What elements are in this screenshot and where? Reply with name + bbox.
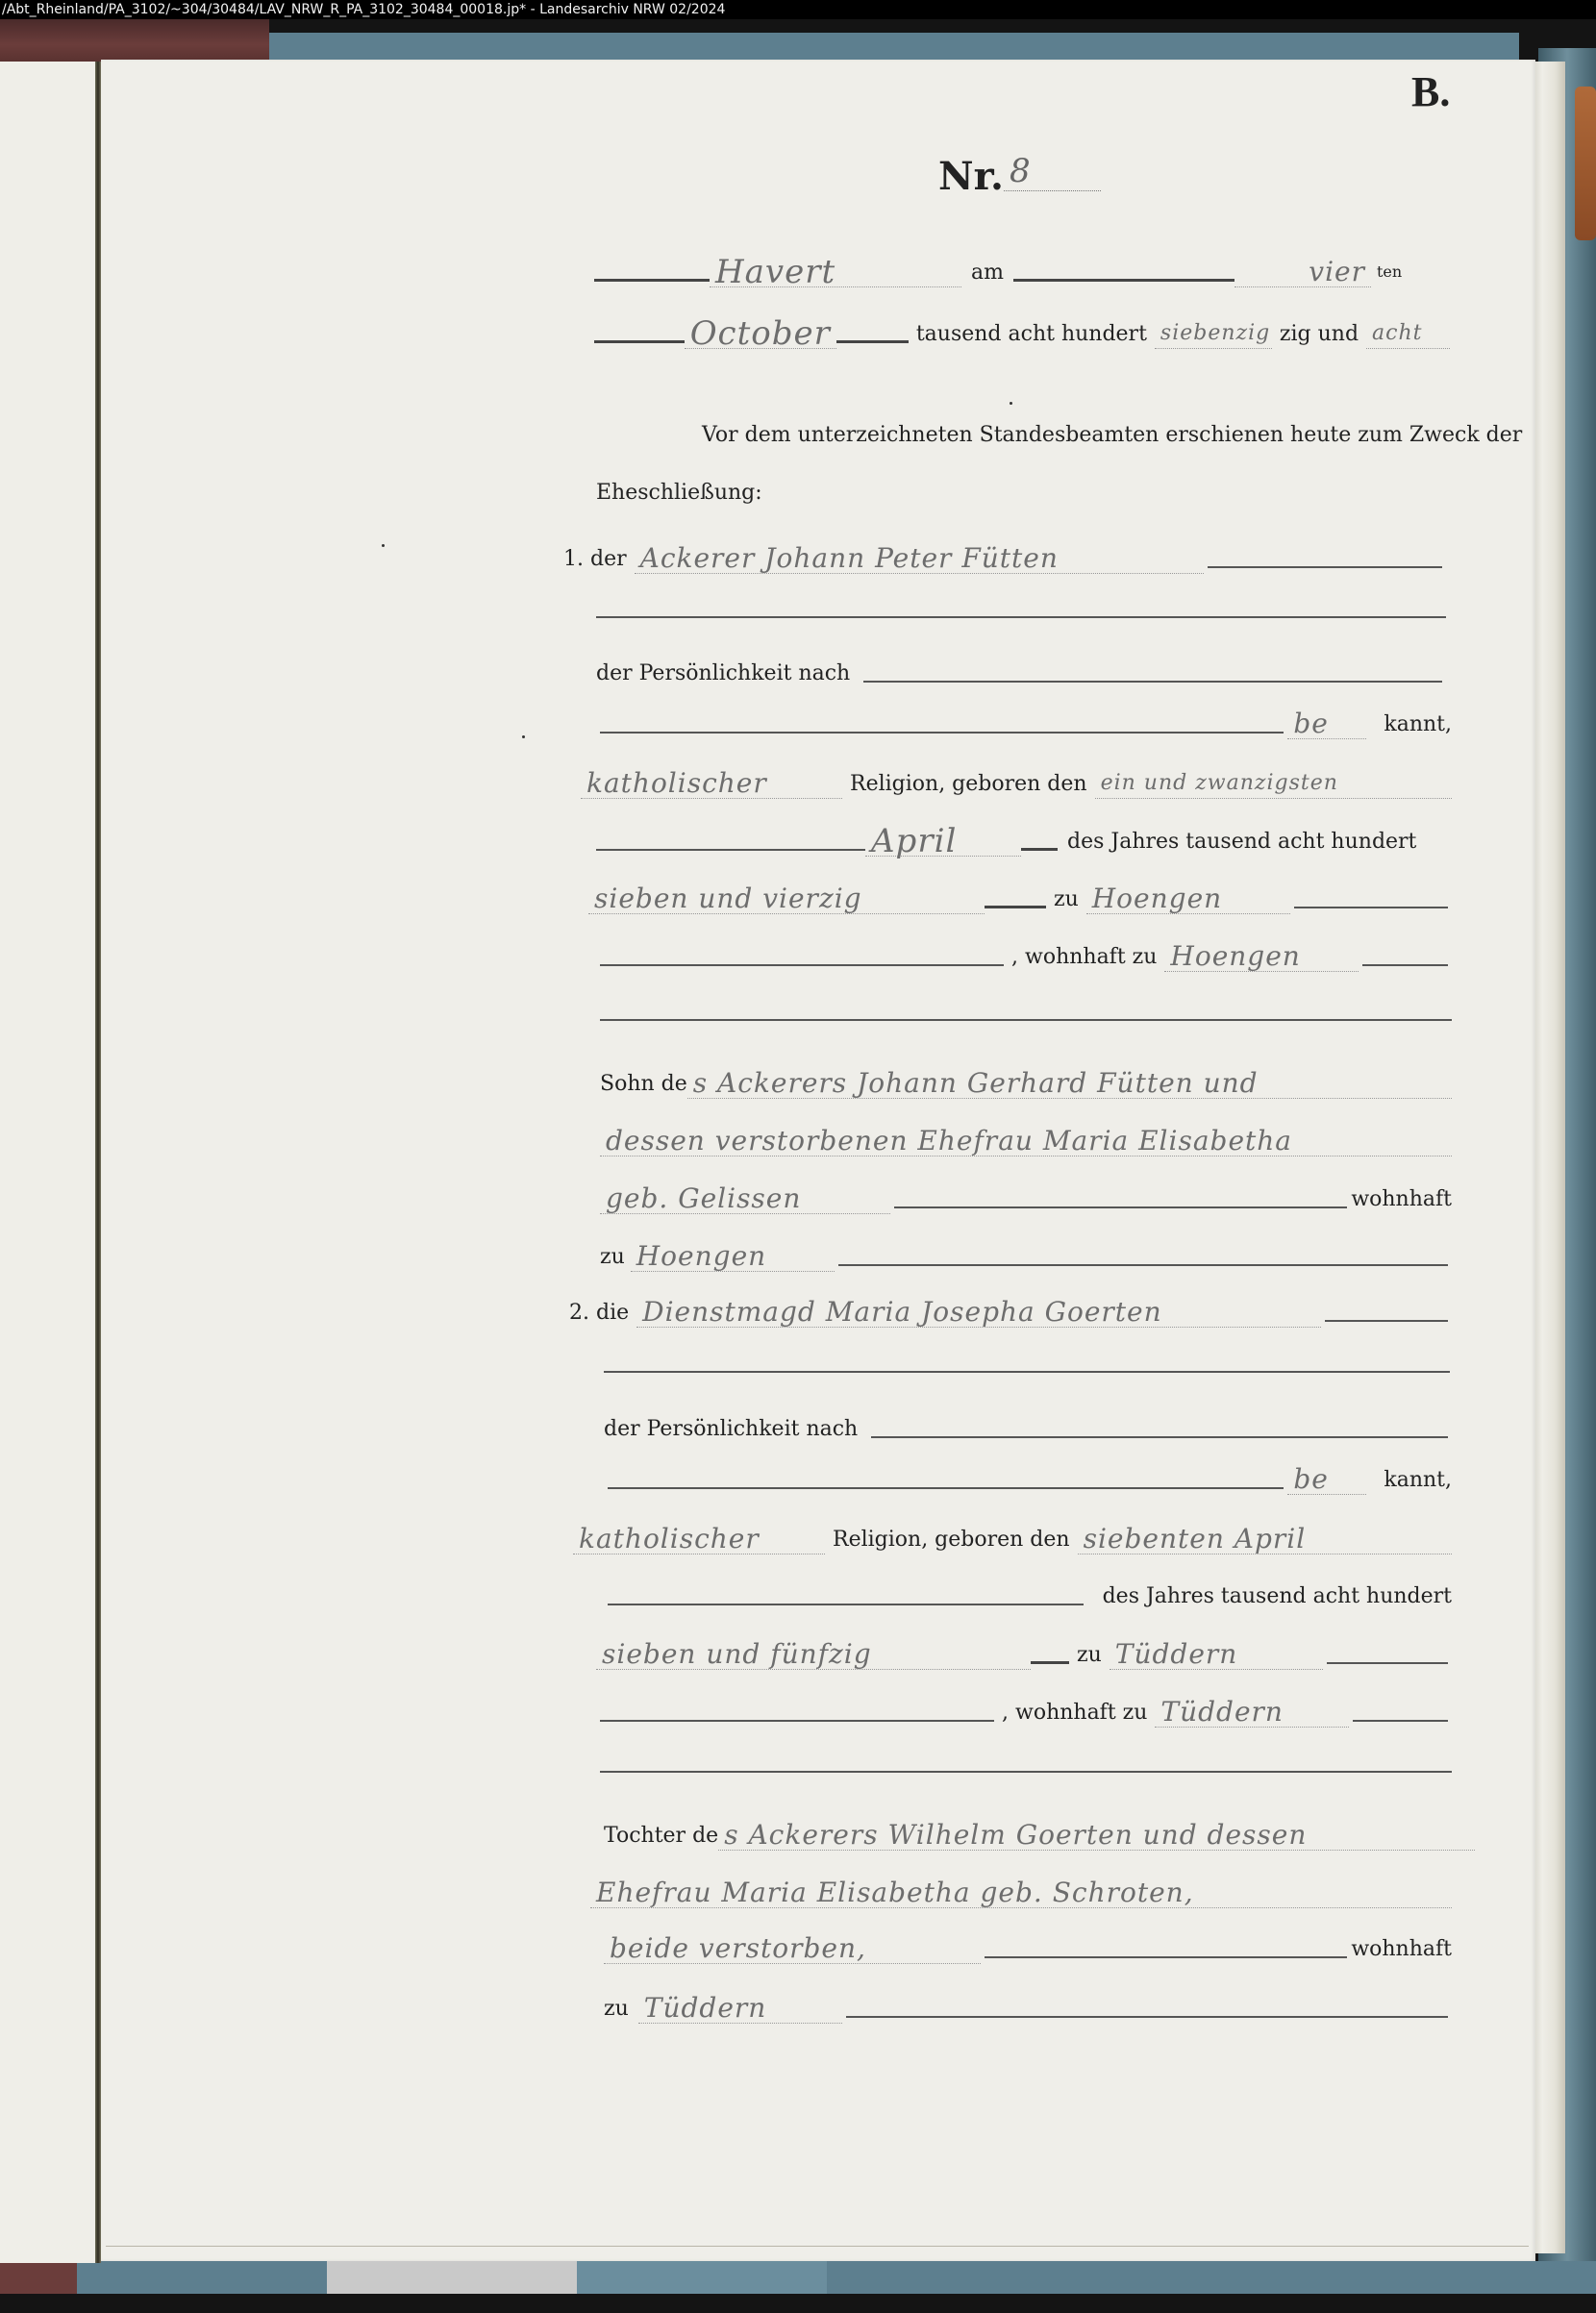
record-number-label: Nr. [938, 154, 1004, 199]
groom-known-line: be kannt, [596, 709, 1452, 739]
bride-identity-label: der Persönlichkeit nach [604, 1415, 858, 1444]
form-letter: B. [1411, 67, 1450, 116]
window-title: /Abt_Rheinland/PA_3102/~304/30484/LAV_NR… [0, 0, 1596, 19]
groom-residence: Hoengen [1164, 942, 1359, 972]
day-suffix: ten [1377, 258, 1402, 286]
month-value: October [685, 319, 836, 349]
bride-known-value: be [1287, 1465, 1366, 1495]
bride-year-label: des Jahres tausend acht hundert [1103, 1582, 1452, 1611]
right-page [101, 60, 1535, 2261]
ink-speck [382, 544, 385, 547]
rule [985, 1956, 1347, 1958]
groom-religion-line: katholischer Religion, geboren den ein u… [581, 769, 1452, 799]
bride-residence-label: , wohnhaft zu [1002, 1699, 1147, 1728]
bride-birth-year: sieben und fünfzig [596, 1640, 1031, 1670]
book-binding-top [0, 19, 269, 62]
groom-parents-line-2: dessen verstorbenen Ehefrau Maria Elisab… [600, 1127, 1452, 1156]
bride-known-label: kannt, [1384, 1466, 1452, 1495]
bride-known-line: be kannt, [604, 1465, 1452, 1495]
bride-parents-residence: Tüddern [638, 1994, 842, 2024]
groom-parents-residence-line: zu Hoengen [600, 1242, 1452, 1272]
bride-parents-label: Tochter de [604, 1822, 718, 1851]
groom-birthplace: Hoengen [1086, 884, 1290, 914]
rule [600, 732, 1284, 734]
groom-birth-year-line: sieben und vierzig zu Hoengen [588, 884, 1452, 914]
bride-parents-line-3: beide verstorben, wohnhaft [604, 1934, 1452, 1964]
groom-religion-value: katholischer [581, 769, 842, 799]
rule [594, 279, 710, 282]
groom-known-value: be [1287, 709, 1366, 739]
bride-residence-line: , wohnhaft zu Tüddern [600, 1698, 1452, 1728]
bride-parents-zu-label: zu [604, 1995, 629, 2024]
rule [1031, 1661, 1069, 1664]
record-number-value: 8 [1004, 152, 1101, 191]
rule [1327, 1662, 1448, 1664]
ink-speck [522, 735, 525, 738]
rule [1362, 964, 1448, 966]
rule [1353, 1720, 1448, 1722]
groom-religion-label: Religion, geboren den [850, 770, 1087, 799]
bookmark-ribbon [1575, 87, 1596, 240]
groom-birthplace-label: zu [1054, 885, 1079, 914]
bride-birth-day-month: siebenten April [1078, 1525, 1452, 1554]
rule [596, 616, 1446, 618]
rule [594, 340, 685, 343]
bride-number-label: 2. die [569, 1299, 629, 1328]
intro-line-1: Vor dem unterzeichneten Standesbeamten e… [702, 421, 1452, 450]
bride-parents-line-1: Tochter de s Ackerers Wilhelm Goerten un… [604, 1821, 1475, 1851]
rule [1208, 566, 1442, 568]
rule [596, 849, 865, 851]
bride-residence: Tüddern [1155, 1698, 1349, 1728]
bride-parents-3: beide verstorben, [604, 1934, 981, 1964]
bride-parents-line-2: Ehefrau Maria Elisabetha geb. Schroten, [590, 1878, 1452, 1908]
page-bottom-edge [106, 2246, 1529, 2247]
decade-value: siebenzig [1155, 319, 1272, 349]
rule [608, 1487, 1284, 1489]
rule [600, 1019, 1452, 1021]
groom-parents-1: s Ackerers Johann Gerhard Fütten und [687, 1069, 1452, 1099]
unit-value: acht [1366, 319, 1450, 349]
bride-parents-residence-line: zu Tüddern [604, 1994, 1452, 2024]
page-stack-edge [1533, 62, 1565, 2253]
rule [846, 2016, 1448, 2018]
bride-name-value: Dienstmagd Maria Josepha Goerten [636, 1298, 1321, 1328]
month-year-line: October tausend acht hundert siebenzig z… [594, 319, 1450, 349]
rule [1294, 907, 1448, 908]
bride-identity-line: der Persönlichkeit nach [604, 1415, 1452, 1444]
groom-birth-month-line: April des Jahres tausend acht hundert [596, 827, 1452, 857]
bride-parents-residence-label: wohnhaft [1351, 1935, 1452, 1964]
rule [1013, 279, 1234, 282]
intro-line-2: Eheschließung: [596, 479, 762, 508]
rule [600, 964, 1004, 966]
left-page [0, 62, 96, 2263]
groom-birth-day: ein und zwanzigsten [1095, 769, 1452, 799]
groom-name-value: Ackerer Johann Peter Fütten [635, 544, 1204, 574]
place-value: Havert [710, 258, 961, 287]
und-label: zig und [1280, 320, 1359, 349]
bride-birthplace-label: zu [1077, 1641, 1102, 1670]
rule [985, 906, 1046, 908]
rule [608, 1604, 1084, 1605]
groom-parents-2: dessen verstorbenen Ehefrau Maria Elisab… [600, 1127, 1452, 1156]
place-date-line: Havert am vier ten [594, 258, 1450, 287]
groom-parents-line-3: geb. Gelissen wohnhaft [600, 1184, 1452, 1214]
groom-residence-label: , wohnhaft zu [1011, 943, 1157, 972]
rule [836, 340, 909, 343]
groom-birth-year: sieben und vierzig [588, 884, 985, 914]
rule [863, 681, 1442, 683]
book-cover-top [269, 33, 1519, 62]
groom-number-label: 1. der [563, 545, 627, 574]
am-label: am [971, 259, 1004, 287]
bride-birthplace: Tüddern [1110, 1640, 1323, 1670]
bride-parents-2: Ehefrau Maria Elisabetha geb. Schroten, [590, 1878, 1452, 1908]
bride-name-line: 2. die Dienstmagd Maria Josepha Goerten [569, 1298, 1452, 1328]
rule [894, 1206, 1347, 1208]
bride-year-line: des Jahres tausend acht hundert [604, 1582, 1452, 1611]
groom-residence-line: , wohnhaft zu Hoengen [600, 942, 1452, 972]
groom-parents-residence-label: wohnhaft [1351, 1185, 1452, 1214]
groom-known-label: kannt, [1384, 710, 1452, 739]
groom-parents-zu-label: zu [600, 1243, 625, 1272]
ink-speck [1010, 402, 1012, 405]
rule [838, 1264, 1448, 1266]
groom-birth-month: April [865, 827, 1021, 857]
groom-parents-line-1: Sohn de s Ackerers Johann Gerhard Fütten… [600, 1069, 1452, 1099]
groom-identity-line: der Persönlichkeit nach [596, 659, 1446, 688]
day-value: vier [1234, 258, 1371, 287]
groom-name-line: 1. der Ackerer Johann Peter Fütten [563, 544, 1446, 574]
bride-religion-label: Religion, geboren den [833, 1526, 1070, 1554]
rule [604, 1371, 1450, 1373]
bride-religion-line: katholischer Religion, geboren den siebe… [573, 1525, 1452, 1554]
bride-birth-year-line: sieben und fünfzig zu Tüddern [596, 1640, 1452, 1670]
year-label: tausend acht hundert [916, 320, 1147, 349]
rule [1325, 1320, 1448, 1322]
bride-parents-1: s Ackerers Wilhelm Goerten und dessen [718, 1821, 1475, 1851]
bride-religion-value: katholischer [573, 1525, 825, 1554]
groom-identity-label: der Persönlichkeit nach [596, 659, 850, 688]
groom-parents-label: Sohn de [600, 1070, 687, 1099]
groom-parents-residence: Hoengen [631, 1242, 835, 1272]
groom-year-label: des Jahres tausend acht hundert [1067, 828, 1416, 857]
rule [1021, 848, 1058, 851]
groom-parents-3: geb. Gelissen [600, 1184, 890, 1214]
book-cover-bottom [0, 2261, 1596, 2294]
rule [600, 1720, 994, 1722]
rule [871, 1436, 1448, 1438]
rule [600, 1771, 1452, 1773]
